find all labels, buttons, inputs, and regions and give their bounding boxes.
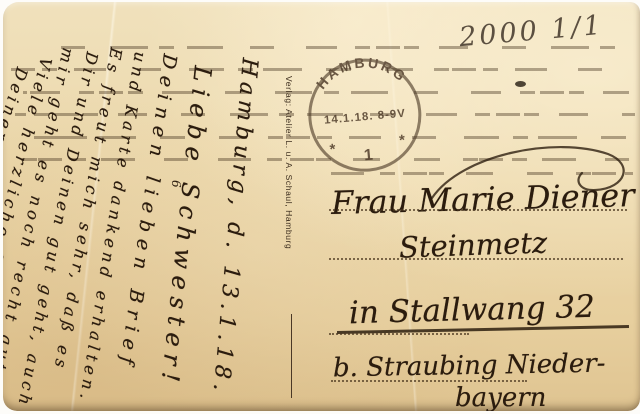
postmark-number: 1 xyxy=(363,147,373,165)
ink-blot xyxy=(515,81,526,87)
address-dotted-line xyxy=(331,380,527,382)
address-town: b. Straubing Nieder- xyxy=(333,349,606,384)
postmark-star-left: * xyxy=(329,141,336,158)
cancellation-dash-row xyxy=(61,46,627,49)
address-dotted-line xyxy=(329,209,627,211)
divider-rule xyxy=(291,314,292,398)
address-dotted-line xyxy=(329,333,469,335)
stray-mark: 6 xyxy=(169,180,183,188)
address-dotted-line xyxy=(329,258,623,260)
address-region: bayern xyxy=(455,383,546,411)
address-street: in Stallwang 32 xyxy=(349,289,596,331)
svg-text:HAMBURG: HAMBURG xyxy=(311,51,411,94)
address-recipient: Frau Marie Diener xyxy=(331,176,635,222)
postmark-date: 14.1.18. 8-9V xyxy=(324,108,407,127)
publisher-imprint: Verlag: Atelier L. u. A. Schaul, Hamburg xyxy=(284,76,294,312)
message-date-line: Hamburg, d. 13.1.18. xyxy=(207,57,261,397)
postmark-city: HAMBURG xyxy=(311,51,411,94)
postmark-star-right: * xyxy=(398,132,405,149)
postcard-scan: 2000 1/1 HAMBURG 14.1.18. 8-9V * 1 * Ver… xyxy=(0,0,640,414)
postmark-stamp: HAMBURG 14.1.18. 8-9V * 1 * xyxy=(296,46,439,187)
postcard-back: 2000 1/1 HAMBURG 14.1.18. 8-9V * 1 * Ver… xyxy=(3,2,640,411)
